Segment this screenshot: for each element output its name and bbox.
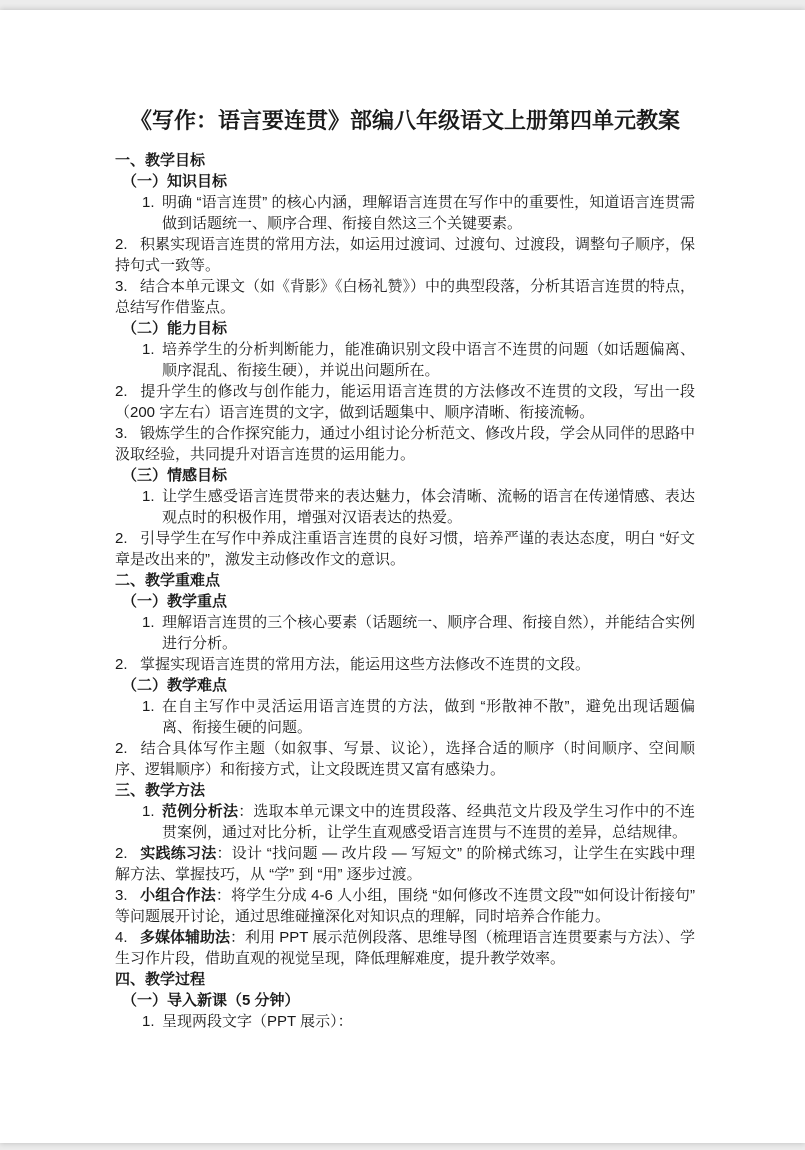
item-text: 呈现两段文字（PPT 展示）：: [162, 1013, 353, 1030]
item-text: 结合具体写作主题（如叙事、写景、议论），选择合适的顺序（时间顺序、空间顺序、逻辑…: [115, 740, 695, 778]
item-number: 1.: [142, 486, 155, 507]
section-heading: 二、教学重难点: [115, 570, 695, 591]
list-item: 1.在自主写作中灵活运用语言连贯的方法，做到 “形散神不散”，避免出现话题偏离、…: [115, 696, 695, 738]
item-number: 2.: [115, 843, 140, 864]
item-number: 3.: [115, 885, 140, 906]
item-text: 掌握实现语言连贯的常用方法，能运用这些方法修改不连贯的文段。: [140, 656, 590, 673]
document-title: 《写作：语言要连贯》部编八年级语文上册第四单元教案: [105, 106, 705, 136]
section-heading: 三、教学方法: [115, 780, 695, 801]
sub-heading: （一）教学重点: [115, 591, 695, 612]
item-number: 2.: [115, 234, 140, 255]
paragraph-item: 2.实践练习法：设计 “找问题 — 改片段 — 写短文” 的阶梯式练习，让学生在…: [115, 843, 695, 885]
sub-heading: （三）情感目标: [115, 465, 695, 486]
item-number: 1.: [142, 801, 155, 822]
item-number: 2.: [115, 654, 140, 675]
list-item: 1.让学生感受语言连贯带来的表达魅力，体会清晰、流畅的语言在传递情感、表达观点时…: [115, 486, 695, 528]
item-number: 2.: [115, 528, 140, 549]
method-name: 实践练习法: [140, 845, 217, 862]
item-number: 4.: [115, 927, 140, 948]
item-text: ：选取本单元课文中的连贯段落、经典范文片段及学生习作中的不连贯案例，通过对比分析…: [162, 803, 695, 841]
section-heading: 一、教学目标: [115, 150, 695, 171]
item-number: 2.: [115, 738, 140, 759]
list-item: 1.理解语言连贯的三个核心要素（话题统一、顺序合理、衔接自然），并能结合实例进行…: [115, 612, 695, 654]
paragraph-item: 4.多媒体辅助法：利用 PPT 展示范例段落、思维导图（梳理语言连贯要素与方法）…: [115, 927, 695, 969]
paragraph-item: 2.提升学生的修改与创作能力，能运用语言连贯的方法修改不连贯的文段，写出一段（2…: [115, 381, 695, 423]
paragraph-item: 3.小组合作法：将学生分成 4-6 人小组，围绕 “如何修改不连贯文段”“如何设…: [115, 885, 695, 927]
method-name: 范例分析法: [162, 803, 238, 820]
item-text: 提升学生的修改与创作能力，能运用语言连贯的方法修改不连贯的文段，写出一段（200…: [115, 383, 695, 421]
item-text: 积累实现语言连贯的常用方法，如运用过渡词、过渡句、过渡段，调整句子顺序，保持句式…: [115, 236, 695, 274]
sub-heading: （二）教学难点: [115, 675, 695, 696]
sub-heading: （一）导入新课（5 分钟）: [115, 990, 695, 1011]
item-number: 2.: [115, 381, 140, 402]
paragraph-item: 2.引导学生在写作中养成注重语言连贯的良好习惯，培养严谨的表达态度，明白 “好文…: [115, 528, 695, 570]
section-heading: 四、教学过程: [115, 969, 695, 990]
list-item: 1.培养学生的分析判断能力，能准确识别文段中语言不连贯的问题（如话题偏离、顺序混…: [115, 339, 695, 381]
item-text: 引导学生在写作中养成注重语言连贯的良好习惯，培养严谨的表达态度，明白 “好文章是…: [115, 530, 695, 568]
item-text: 明确 “语言连贯” 的核心内涵，理解语言连贯在写作中的重要性，知道语言连贯需做到…: [162, 194, 695, 232]
list-item: 1.明确 “语言连贯” 的核心内涵，理解语言连贯在写作中的重要性，知道语言连贯需…: [115, 192, 695, 234]
item-number: 1.: [142, 192, 155, 213]
item-number: 3.: [115, 276, 140, 297]
paragraph-item: 2.积累实现语言连贯的常用方法，如运用过渡词、过渡句、过渡段，调整句子顺序，保持…: [115, 234, 695, 276]
item-text: 培养学生的分析判断能力，能准确识别文段中语言不连贯的问题（如话题偏离、顺序混乱、…: [162, 341, 695, 379]
sub-heading: （一）知识目标: [115, 171, 695, 192]
item-text: 锻炼学生的合作探究能力，通过小组讨论分析范文、修改片段，学会从同伴的思路中汲取经…: [115, 425, 695, 463]
method-name: 多媒体辅助法: [140, 929, 230, 946]
item-number: 1.: [142, 696, 155, 717]
item-number: 3.: [115, 423, 140, 444]
sub-heading: （二）能力目标: [115, 318, 695, 339]
item-text: 让学生感受语言连贯带来的表达魅力，体会清晰、流畅的语言在传递情感、表达观点时的积…: [162, 488, 695, 526]
paragraph-item: 3.锻炼学生的合作探究能力，通过小组讨论分析范文、修改片段，学会从同伴的思路中汲…: [115, 423, 695, 465]
item-text: 结合本单元课文（如《背影》《白杨礼赞》）中的典型段落，分析其语言连贯的特点，总结…: [115, 278, 695, 316]
item-text: 理解语言连贯的三个核心要素（话题统一、顺序合理、衔接自然），并能结合实例进行分析…: [162, 614, 695, 652]
method-name: 小组合作法: [140, 887, 216, 904]
item-number: 1.: [142, 339, 155, 360]
document-body: 一、教学目标（一）知识目标1.明确 “语言连贯” 的核心内涵，理解语言连贯在写作…: [115, 150, 695, 1032]
item-number: 1.: [142, 1011, 155, 1032]
list-item: 1.呈现两段文字（PPT 展示）：: [115, 1011, 695, 1032]
paragraph-item: 2.掌握实现语言连贯的常用方法，能运用这些方法修改不连贯的文段。: [115, 654, 695, 675]
list-item: 1.范例分析法：选取本单元课文中的连贯段落、经典范文片段及学生习作中的不连贯案例…: [115, 801, 695, 843]
document-page: 《写作：语言要连贯》部编八年级语文上册第四单元教案 一、教学目标（一）知识目标1…: [0, 10, 805, 1143]
paragraph-item: 3.结合本单元课文（如《背影》《白杨礼赞》）中的典型段落，分析其语言连贯的特点，…: [115, 276, 695, 318]
item-text: 在自主写作中灵活运用语言连贯的方法，做到 “形散神不散”，避免出现话题偏离、衔接…: [162, 698, 695, 736]
paragraph-item: 2.结合具体写作主题（如叙事、写景、议论），选择合适的顺序（时间顺序、空间顺序、…: [115, 738, 695, 780]
item-number: 1.: [142, 612, 155, 633]
